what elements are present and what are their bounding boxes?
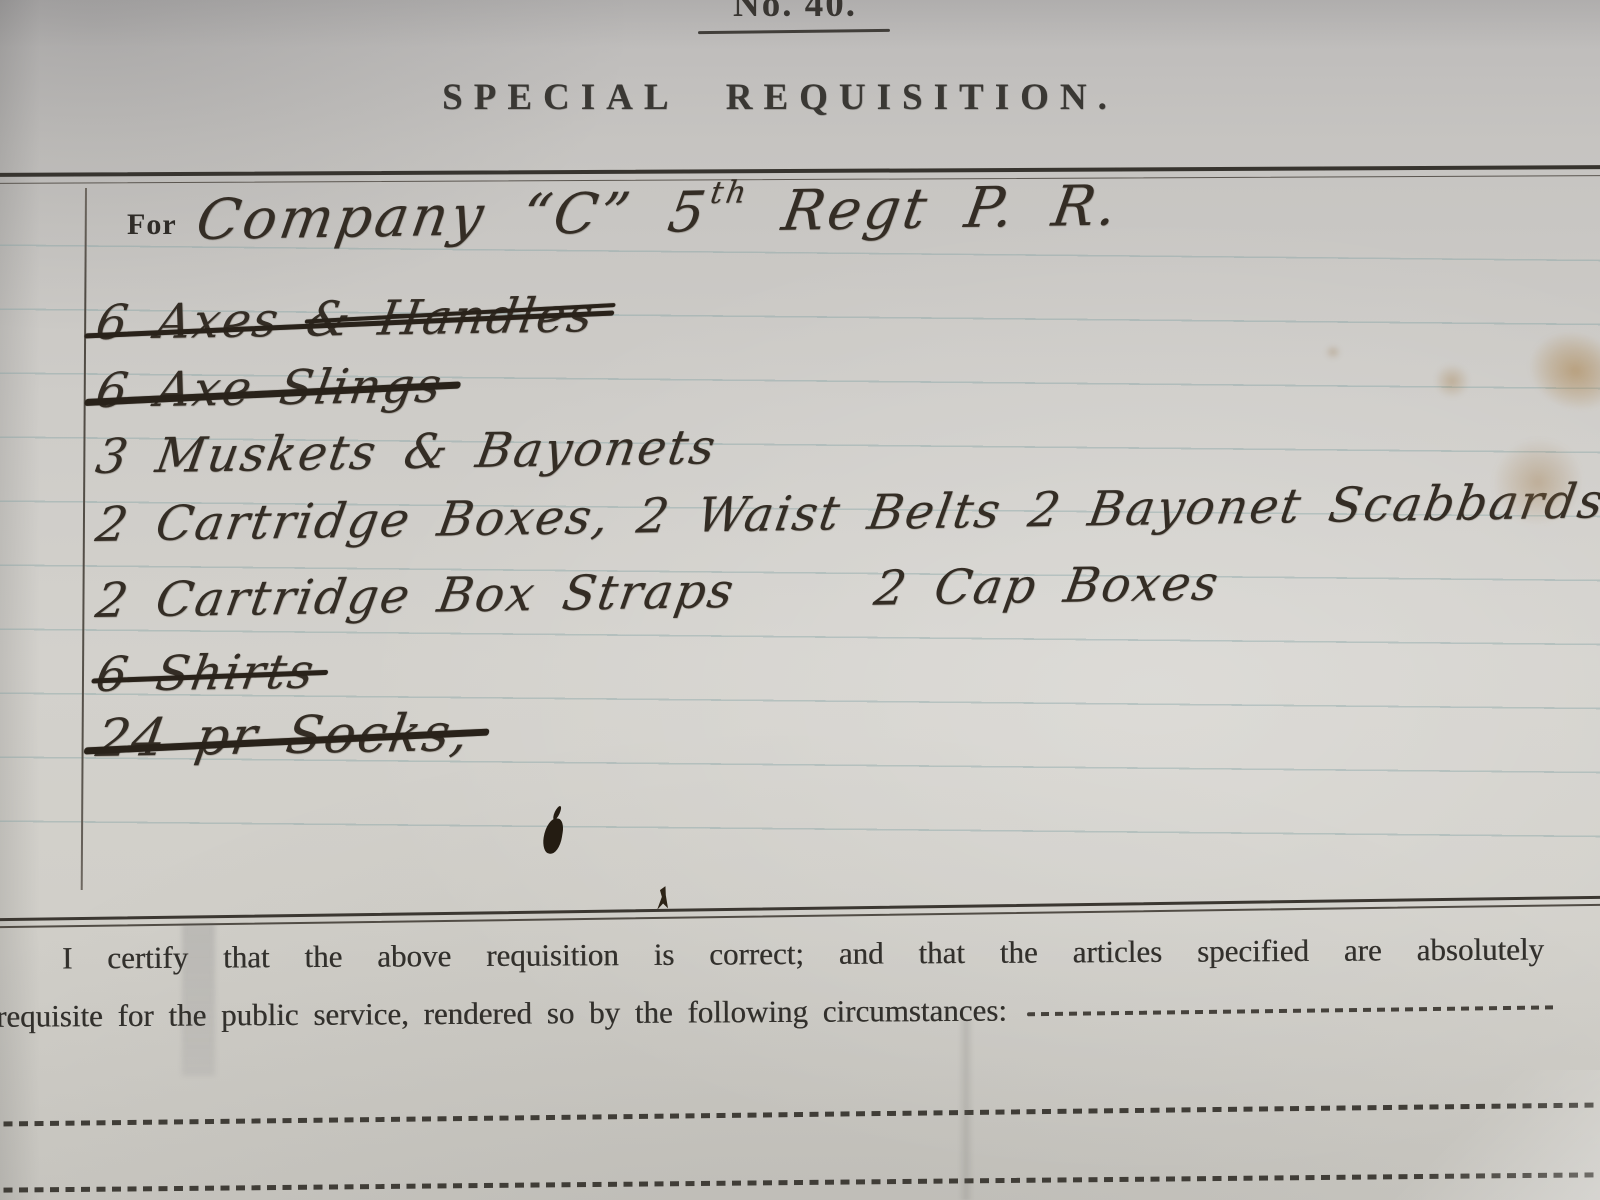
certification-text-line2: requisite for the public service, render…	[0, 989, 1556, 1035]
item-text-secondary: 2 Cap Boxes	[870, 555, 1223, 616]
paper-corner-highlight	[1260, 1070, 1600, 1200]
document-number-underline	[698, 29, 890, 34]
requisition-document-photo: No. 40. SPECIAL REQUISITION. For Company…	[0, 0, 1600, 1200]
for-value-rest: Regt P. R.	[741, 174, 1125, 245]
requisition-item: 6 Axe Slings	[92, 359, 447, 420]
circumstances-blank-dashed-line	[1027, 1005, 1556, 1016]
item-text: 3 Muskets & Bayonets	[92, 419, 721, 485]
certification-line2-text: requisite for the public service, render…	[0, 993, 1007, 1035]
item-text: 2 Cartridge Box Straps	[92, 563, 739, 629]
paper-stain	[1428, 358, 1476, 404]
handwritten-for-value: Company “C” 5th Regt P. R.	[192, 170, 1125, 254]
certification-text-line1: I certify that the above requisition is …	[62, 931, 1544, 976]
document-number: No. 40.	[700, 0, 890, 26]
for-value-ordinal: th	[708, 174, 752, 211]
requisition-item: 6 Axes & Handles	[92, 288, 599, 351]
for-value-main: Company “C” 5	[192, 180, 713, 253]
requisition-item: 6 Shirts	[92, 645, 319, 704]
requisition-item: 3 Muskets & Bayonets	[92, 420, 721, 485]
paper-crease	[958, 1020, 974, 1200]
section-double-rule	[0, 896, 1600, 929]
page-title: SPECIAL REQUISITION.	[0, 76, 1560, 119]
requisition-item: 24 pr Socks,	[92, 704, 475, 770]
paper-stain	[1322, 342, 1344, 362]
for-label: For	[127, 208, 177, 242]
